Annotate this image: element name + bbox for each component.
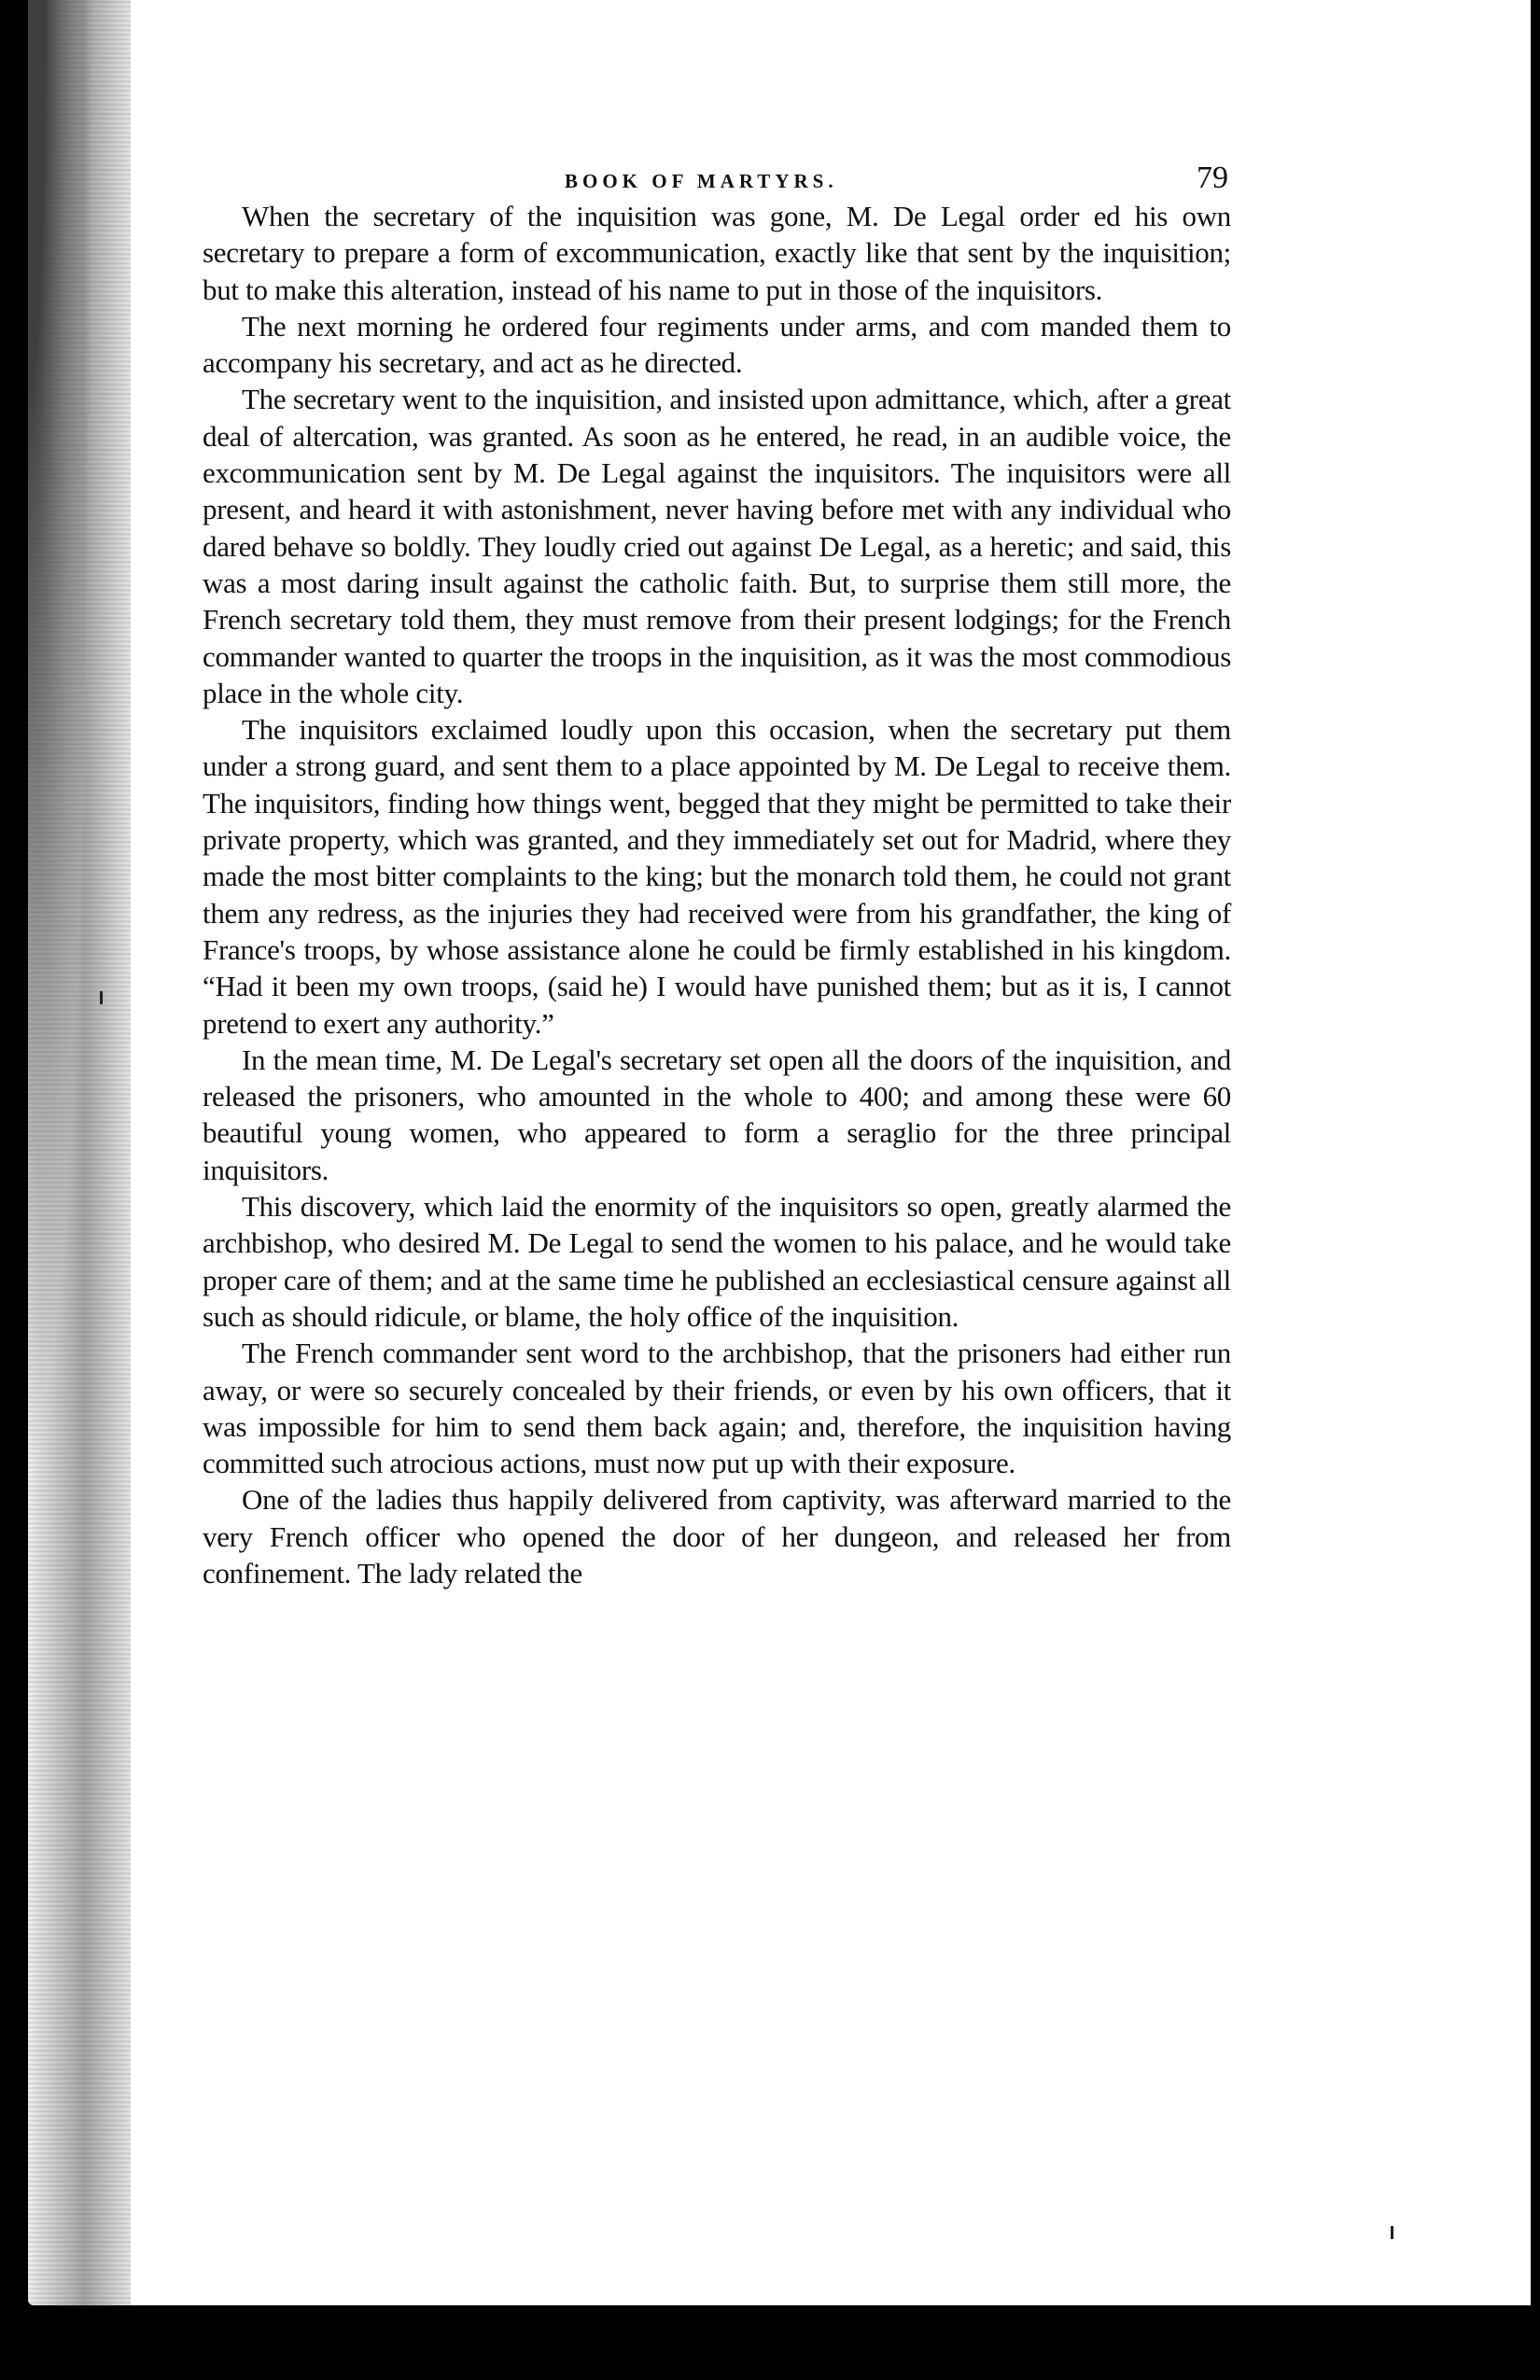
paragraph: This discovery, which laid the enormity …: [203, 1188, 1231, 1335]
paragraph: When the secretary of the inquisition wa…: [203, 198, 1231, 308]
page-number: 79: [1197, 161, 1228, 196]
paragraph: The inquisitors exclaimed loudly upon th…: [203, 711, 1231, 1042]
paragraph: The next morning he ordered four regimen…: [203, 308, 1231, 382]
paragraph: The French commander sent word to the ar…: [203, 1335, 1231, 1481]
scan-speck: [100, 991, 103, 1004]
paragraph: In the mean time, M. De Legal's secretar…: [203, 1042, 1231, 1188]
paragraph: The secretary went to the inquisition, a…: [203, 381, 1231, 711]
paragraph: One of the ladies thus happily delivered…: [203, 1481, 1231, 1591]
running-head: Book of Martyrs. 79: [0, 161, 1540, 198]
body-text: When the secretary of the inquisition wa…: [203, 198, 1231, 1591]
scan-left-border: [0, 0, 28, 2380]
scan-gutter-shadow: [28, 0, 131, 2305]
scan-speck: [1391, 2226, 1393, 2239]
running-title: Book of Martyrs.: [565, 170, 838, 193]
